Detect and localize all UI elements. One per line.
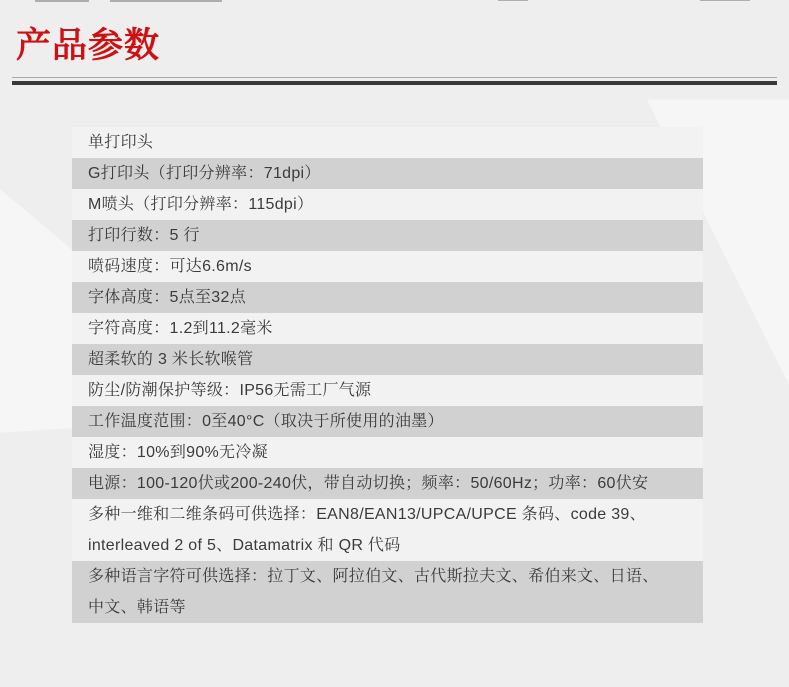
- spec-row-operating-temp: 工作温度范围：0至40°C（取决于所使用的油墨）: [72, 406, 703, 437]
- spec-row-char-height: 字符高度：1.2到11.2毫米: [72, 313, 703, 344]
- spec-row-humidity: 湿度：10%到90%无冷凝: [72, 437, 703, 468]
- spec-row-font-height: 字体高度：5点至32点: [72, 282, 703, 313]
- top-edge-artifact: [110, 0, 222, 2]
- spec-row-power: 电源：100-120伏或200-240伏，带自动切换；频率：50/60Hz；功率…: [72, 468, 703, 499]
- spec-row-print-lines: 打印行数：5 行: [72, 220, 703, 251]
- page-title: 产品参数: [16, 28, 160, 63]
- title-underline-thick: [12, 81, 777, 85]
- spec-row-print-speed: 喷码速度：可达6.6m/s: [72, 251, 703, 282]
- top-edge-artifact: [700, 0, 750, 1]
- spec-row-g-head-dpi: G打印头（打印分辨率：71dpi）: [72, 158, 703, 189]
- top-edge-artifact: [498, 0, 528, 1]
- spec-row-umbilical: 超柔软的 3 米长软喉管: [72, 344, 703, 375]
- spec-row-barcodes: 多种一维和二维条码可供选择：EAN8/EAN13/UPCA/UPCE 条码、co…: [72, 499, 703, 561]
- spec-table: 单打印头 G打印头（打印分辨率：71dpi） M喷头（打印分辨率：115dpi）…: [72, 127, 703, 623]
- spec-row-ip-rating: 防尘/防潮保护等级：IP56无需工厂气源: [72, 375, 703, 406]
- spec-row-print-head: 单打印头: [72, 127, 703, 158]
- top-edge-artifact: [35, 0, 89, 2]
- spec-row-languages: 多种语言字符可供选择：拉丁文、阿拉伯文、古代斯拉夫文、希伯来文、日语、 中文、韩…: [72, 561, 703, 623]
- spec-row-m-head-dpi: M喷头（打印分辨率：115dpi）: [72, 189, 703, 220]
- title-underline-thin: [12, 77, 777, 78]
